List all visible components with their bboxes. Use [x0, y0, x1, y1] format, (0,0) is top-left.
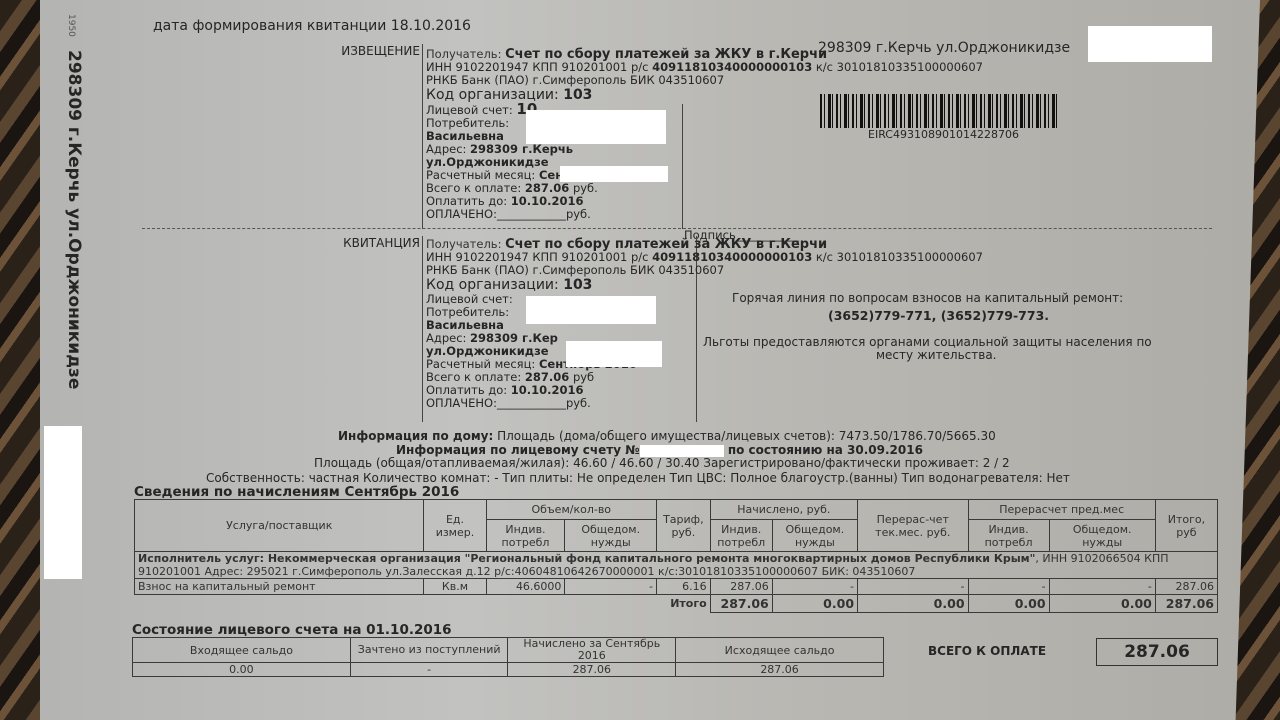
benefits-text-2: месту жительства. [876, 348, 997, 362]
notice-label: ИЗВЕЩЕНИЕ [300, 44, 420, 58]
cut-line [142, 228, 1212, 229]
redacted-block [44, 426, 82, 579]
redacted-block [526, 296, 656, 324]
redacted-block [566, 341, 662, 367]
redacted-block [640, 445, 724, 457]
ownership-line: Собственность: частная Количество комнат… [206, 471, 1070, 485]
grand-total-label: ВСЕГО К ОПЛАТЕ [928, 644, 1046, 658]
side-address: 1950 298309 г.Керчь ул.Орджоникидзе [64, 14, 84, 389]
generated-date: дата формирования квитанции 18.10.2016 [153, 18, 471, 34]
totals-row: Итого 287.06 0.00 0.00 0.00 0.00 287.06 [135, 595, 1218, 613]
grand-total-value: 287.06 [1096, 638, 1218, 666]
redacted-block [560, 166, 668, 182]
divider-line [422, 44, 423, 229]
provider-info: Исполнитель услуг: Некоммерческая органи… [135, 552, 1218, 579]
charges-title: Сведения по начислениям Сентябрь 2016 [134, 484, 459, 500]
receipt-block: Получатель: Счет по сбору платежей за ЖК… [426, 238, 983, 410]
charges-table: Услуга/поставщик Ед. измер. Объем/кол-во… [134, 499, 1218, 613]
account-info: Информация по лицевому счету № по состоя… [396, 443, 923, 457]
receipt-label: КВИТАНЦИЯ [300, 236, 420, 250]
hotline-title: Горячая линия по вопросам взносов на кап… [732, 291, 1123, 305]
benefits-text: Льготы предоставляются органами социальн… [703, 335, 1152, 349]
hotline-phones: (3652)779-771, (3652)779-773. [828, 308, 1049, 323]
table-row: Взнос на капитальный ремонт Кв.м 46.6000… [135, 579, 1218, 595]
redacted-block [526, 110, 666, 144]
notice-block: Получатель: Счет по сбору платежей за ЖК… [426, 48, 983, 221]
house-info: Информация по дому: Площадь (дома/общего… [338, 429, 996, 443]
side-code: 1950 [66, 14, 76, 37]
side-address-text: 298309 г.Керчь ул.Орджоникидзе [64, 50, 84, 389]
area-line: Площадь (общая/отапливаемая/жилая): 46.6… [314, 456, 1010, 470]
balance-table: Входящее сальдо Зачтено из поступлений Н… [132, 637, 884, 677]
redacted-block [1088, 26, 1212, 62]
divider-line [422, 236, 423, 422]
balance-title: Состояние лицевого счета на 01.10.2016 [132, 622, 452, 638]
